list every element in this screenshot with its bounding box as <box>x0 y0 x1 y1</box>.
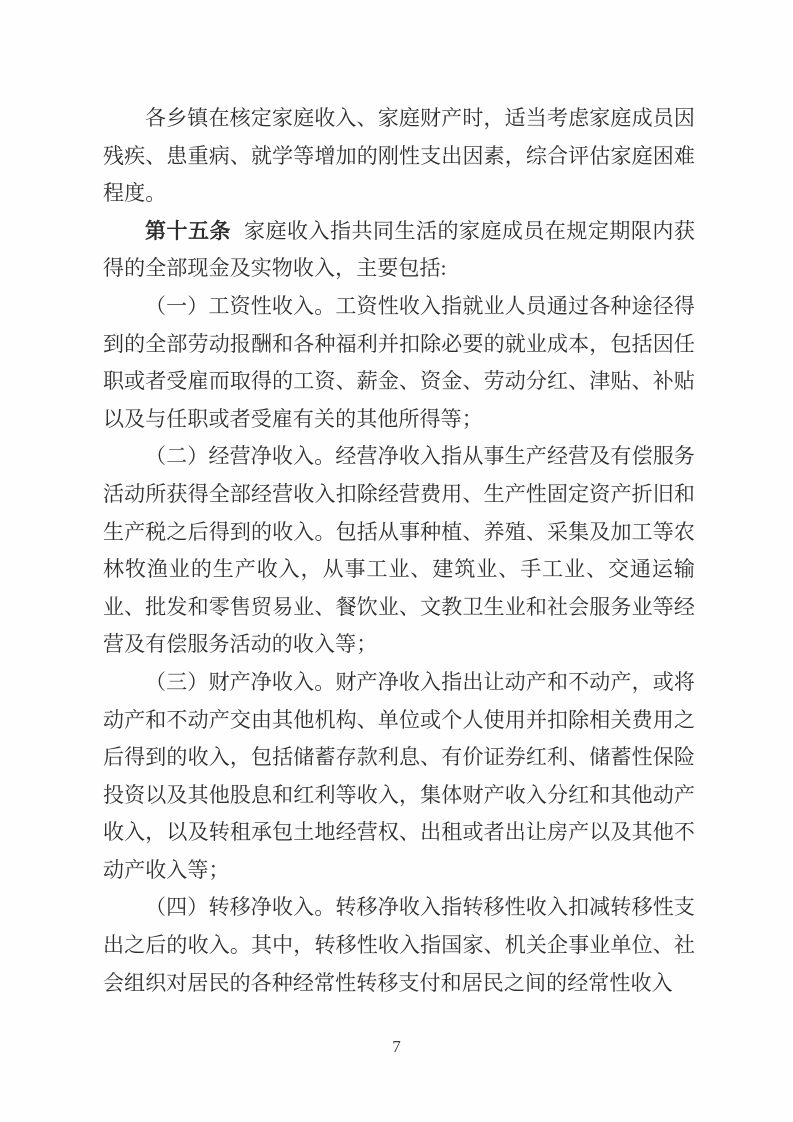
article-number: 第十五条 <box>145 219 231 243</box>
paragraph-family-hardship: 各乡镇在核定家庭收入、家庭财产时，适当考虑家庭成员因残疾、患重病、就学等增加的刚… <box>103 100 695 213</box>
paragraph-item-3-property-income: （三）财产净收入。财产净收入指出让动产和不动产，或将动产和不动产交由其他机构、单… <box>103 664 695 890</box>
paragraph-article-15: 第十五条家庭收入指共同生活的家庭成员在规定期限内获得的全部现金及实物收入，主要包… <box>103 213 695 288</box>
page-number: 7 <box>0 1036 793 1058</box>
paragraph-item-4-transfer-income: （四）转移净收入。转移净收入指转移性收入扣减转移性支出之后的收入。其中，转移性收… <box>103 889 695 1002</box>
document-body: 各乡镇在核定家庭收入、家庭财产时，适当考虑家庭成员因残疾、患重病、就学等增加的刚… <box>103 100 695 1002</box>
document-page: 各乡镇在核定家庭收入、家庭财产时，适当考虑家庭成员因残疾、患重病、就学等增加的刚… <box>0 0 793 1122</box>
paragraph-item-2-business-income: （二）经营净收入。经营净收入指从事生产经营及有偿服务活动所获得全部经营收入扣除经… <box>103 438 695 664</box>
paragraph-item-1-wage-income: （一）工资性收入。工资性收入指就业人员通过各种途径得到的全部劳动报酬和各种福利并… <box>103 288 695 438</box>
